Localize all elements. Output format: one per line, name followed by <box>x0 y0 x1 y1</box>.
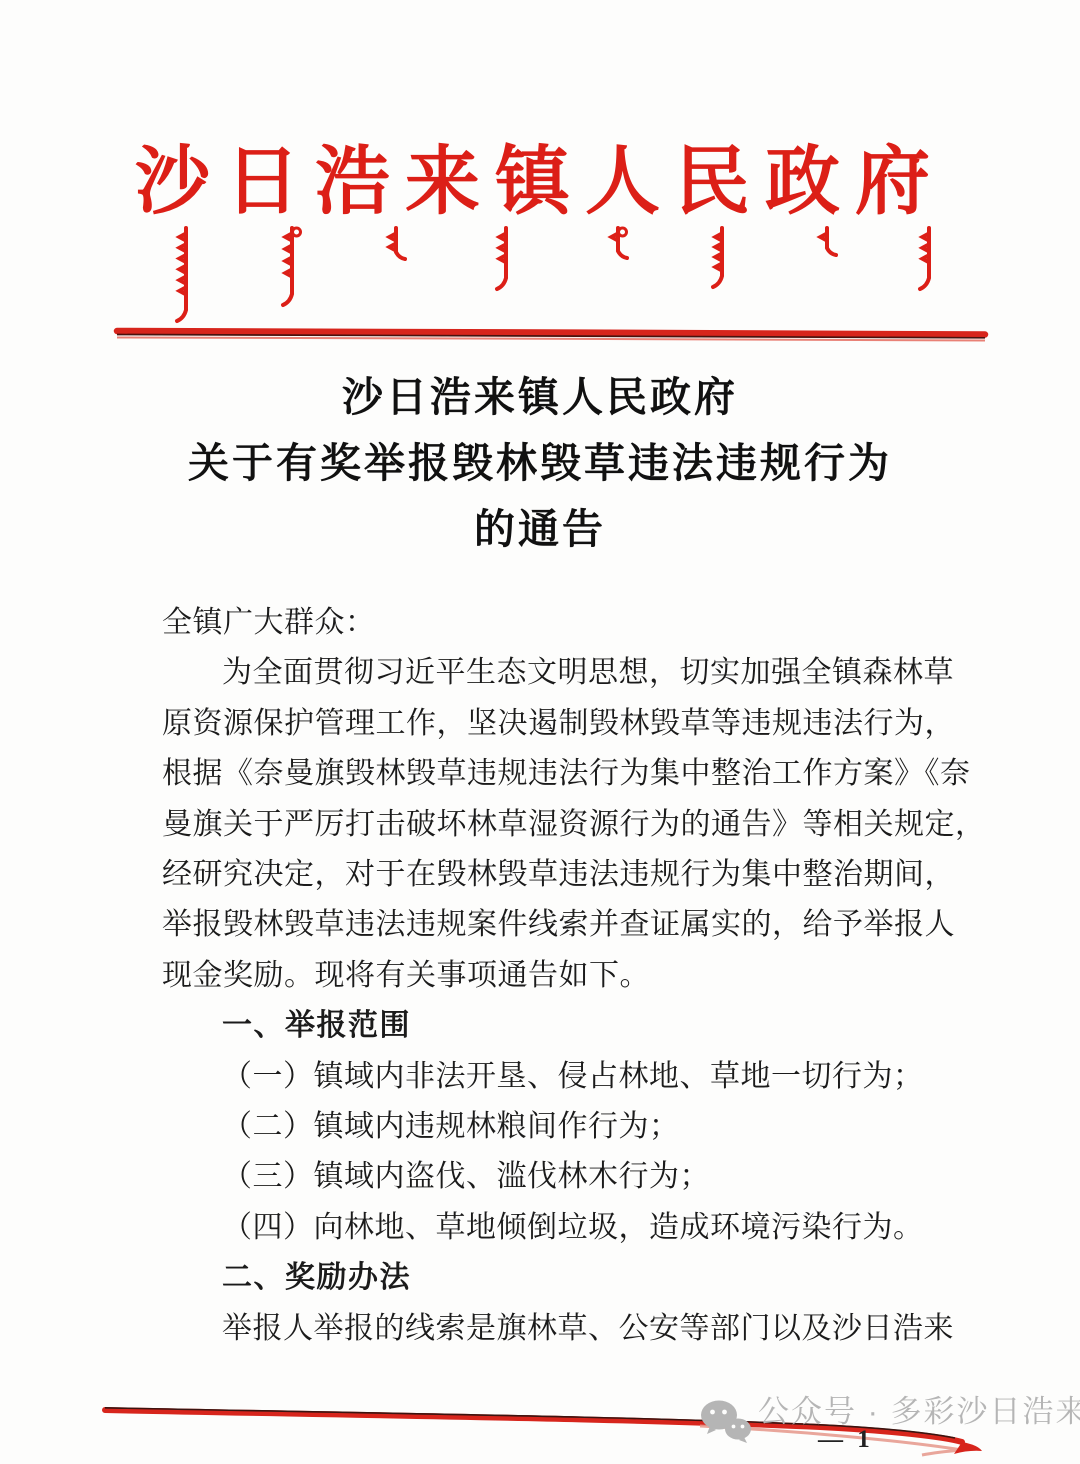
letterhead-rule-divider <box>0 324 1080 348</box>
body-line-item-4: （四）向林地、草地倾倒垃圾，造成环境污染行为。 <box>162 1203 962 1253</box>
body-line: 经研究决定，对于在毁林毁草违法违规行为集中整治期间， <box>162 850 962 900</box>
page-number: — 1 <box>818 1426 874 1454</box>
watermark: 公众号 · 多彩沙日浩来 <box>700 1392 1080 1444</box>
body-line: 现金奖励。现将有关事项通告如下。 <box>162 951 962 1001</box>
document-title: 沙日浩来镇人民政府 关于有奖举报毁林毁草违法违规行为 的通告 <box>0 364 1080 562</box>
body-line-item-1: （一）镇域内非法开垦、侵占林地、草地一切行为； <box>162 1052 962 1102</box>
document-page: 沙日浩来镇人民政府 沙日浩来镇人民政府 关于有奖举报毁林毁草违法违规行为 的通告… <box>0 0 1080 1464</box>
body-line: 原资源保护管理工作，坚决遏制毁林毁草等违规违法行为， <box>162 699 962 749</box>
body-line-item-2: （二）镇域内违规林粮间作行为； <box>162 1102 962 1152</box>
body-line: 根据《奈曼旗毁林毁草违规违法行为集中整治工作方案》《奈 <box>162 749 962 799</box>
letterhead-org-name: 沙日浩来镇人民政府 <box>0 141 1080 225</box>
title-line-2: 关于有奖举报毁林毁草违法违规行为 <box>0 430 1080 496</box>
watermark-text: 公众号 · 多彩沙日浩来 <box>758 1392 1080 1432</box>
body-line: 曼旗关于严厉打击破坏林草湿资源行为的通告》等相关规定， <box>162 800 962 850</box>
document-body: 全镇广大群众： 为全面贯彻习近平生态文明思想，切实加强全镇森林草 原资源保护管理… <box>162 598 962 1354</box>
title-line-1: 沙日浩来镇人民政府 <box>0 364 1080 430</box>
body-line: 为全面贯彻习近平生态文明思想，切实加强全镇森林草 <box>162 648 962 698</box>
wechat-icon <box>700 1400 752 1444</box>
section-heading-2: 二、奖励办法 <box>162 1253 962 1303</box>
body-line-salutation: 全镇广大群众： <box>162 598 962 648</box>
section-heading-1: 一、举报范围 <box>162 1001 962 1051</box>
mongolian-script <box>0 226 1080 338</box>
body-line: 举报人举报的线索是旗林草、公安等部门以及沙日浩来 <box>162 1304 962 1354</box>
body-line: 举报毁林毁草违法违规案件线索并查证属实的，给予举报人 <box>162 900 962 950</box>
body-line-item-3: （三）镇域内盗伐、滥伐林木行为； <box>162 1152 962 1202</box>
title-line-3: 的通告 <box>0 496 1080 562</box>
